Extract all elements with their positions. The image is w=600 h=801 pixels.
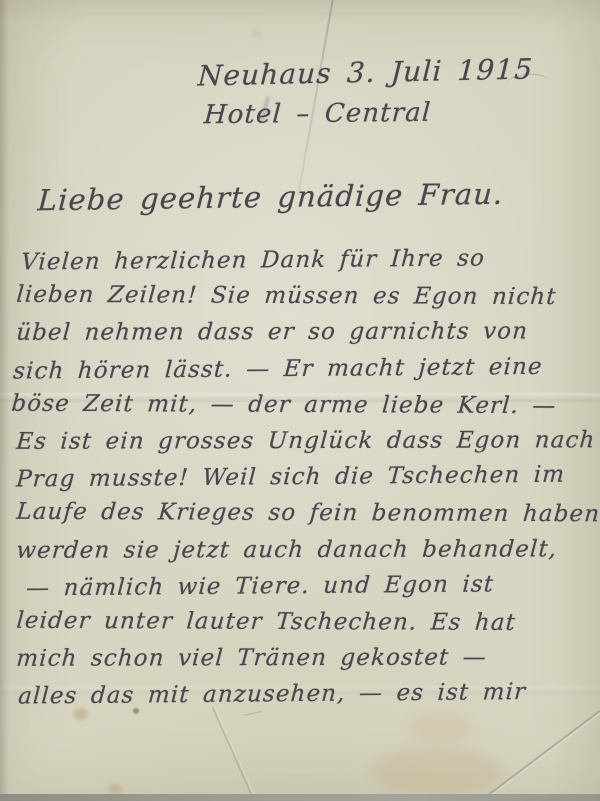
handwritten-line: sich hören lässt. — Er macht jetzt eine: [12, 353, 594, 394]
handwritten-line: mich schon viel Tränen gekostet —: [15, 644, 594, 682]
handwritten-line: übel nehmen dass er so garnichts von: [15, 319, 594, 357]
paper-edge-left: [0, 0, 9, 801]
handwritten-line: leider unter lauter Tschechen. Es hat: [15, 608, 594, 647]
handwritten-line: Prag musste! Weil sich die Tschechen im: [15, 462, 594, 503]
handwritten-line: Vielen herzlichen Dank für Ihre so: [20, 245, 594, 286]
handwritten-line: — nämlich wie Tiere. und Egon ist: [25, 570, 594, 611]
salutation: Liebe geehrte gnädige Frau.: [37, 177, 505, 217]
letter-body: Vielen herzlichen Dank für Ihre so liebe…: [16, 247, 592, 717]
handwritten-line: alles das mit anzusehen, — es ist mir: [17, 679, 594, 720]
handwritten-line: Es ist ein grosses Unglück dass Egon nac…: [15, 427, 594, 465]
photo-background-edge: [0, 794, 600, 801]
handwritten-line: Laufe des Krieges so fein benommen haben: [15, 499, 594, 538]
letter-photograph: Neuhaus 3. Juli 1915 Hotel – Central Lie…: [0, 0, 600, 801]
handwritten-line: lieben Zeilen! Sie müssen es Egon nicht: [15, 282, 594, 321]
hotel-line: Hotel – Central: [203, 98, 432, 130]
handwritten-line: werden sie jetzt auch danach behandelt,: [15, 536, 594, 574]
dateline: Neuhaus 3. Juli 1915: [197, 52, 534, 92]
handwritten-line: böse Zeit mit, — der arme liebe Kerl. —: [10, 390, 594, 429]
